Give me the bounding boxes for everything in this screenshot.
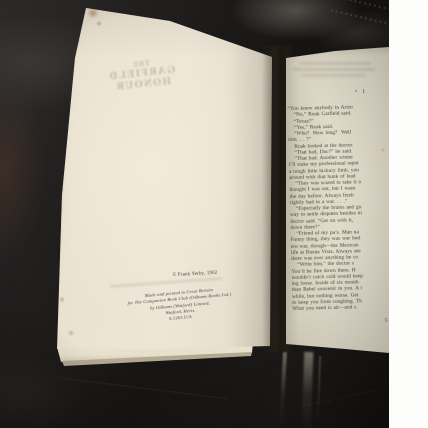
chapter-number: 1 [362,89,367,95]
copyright-line: © Frank Yerby, 1962 [150,270,240,280]
photo-margin [389,0,428,428]
foxing-spot [96,21,102,26]
text-line: What you need is air—and s [292,303,389,312]
page-number: 5 [385,318,388,324]
foxed-page-edge [49,6,73,346]
foxing-spot [65,101,69,105]
show-through-title: THE GARFIELD HONOUR [87,54,198,95]
show-through-text-blur [301,74,365,77]
leather-seam [331,9,389,24]
right-page-text: ▪ 1 “You know anybody in Arizo“No,” Roak… [287,88,387,90]
leather-seam [344,0,389,10]
foxing-spot [57,229,62,233]
foxing-spot [75,39,80,43]
foxing-spot [86,8,100,18]
foxing-spot [59,297,65,302]
show-through-title-line: THE [87,54,195,73]
imprint-line: by Odhams (Watford) Limited, [110,297,250,315]
foxing-spot [60,171,64,174]
photo-content: THE GARFIELD HONOUR © Frank Yerby, 1962 … [0,0,389,428]
spine-crease-highlight [302,352,314,428]
spine-crease-highlight [317,356,321,422]
foxing-spot [67,330,75,336]
chapter-marker: ▪ 1 [355,88,367,95]
show-through-text-blur [110,277,222,287]
right-page: ▪ 1 “You know anybody in Arizo“No,” Roak… [285,40,389,358]
imprint-line: S.1263.U/A. [111,309,251,327]
show-through-text-blur [293,68,375,71]
show-through-title-line: GARFIELD HONOUR [88,62,198,95]
imprint-line: for The Companion Book Club (Odhams Book… [109,290,249,308]
body-text-lines: “You know anybody in Arizo“No,” Roak Gar… [287,104,389,313]
imprint-line: Watford, Herts. [111,303,251,321]
book-photo: THE GARFIELD HONOUR © Frank Yerby, 1962 … [0,0,428,428]
left-page: THE GARFIELD HONOUR © Frank Yerby, 1962 … [40,0,285,370]
printer-imprint: Made and printed in Great Britainfor The… [109,284,251,328]
spine-crease-highlight [279,352,287,428]
chapter-bullet-icon: ▪ [355,88,359,93]
foxing-spot [232,12,237,16]
leather-scratch [61,378,230,400]
show-through-text-blur [299,62,371,65]
imprint-line: Made and printed in Great Britain [109,284,249,302]
